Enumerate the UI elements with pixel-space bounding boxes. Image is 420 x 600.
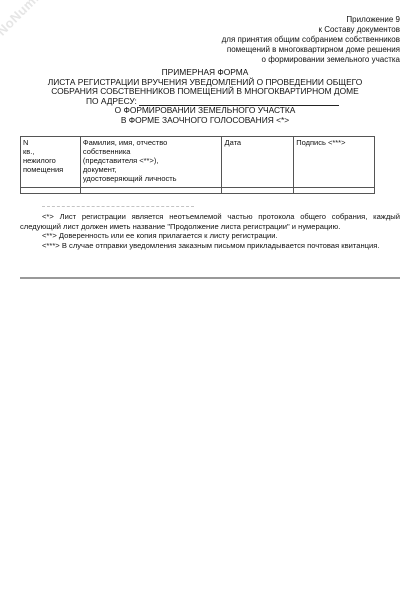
header-signature: Подпись <***>: [294, 137, 375, 188]
footnote-separator: [42, 206, 194, 207]
bottom-divider: [20, 277, 400, 279]
address-label: ПО АДРЕСУ:: [86, 96, 137, 106]
table-cell[interactable]: [80, 188, 222, 194]
header-apartment-number: N кв., нежилого помещения: [21, 137, 81, 188]
table-row: [21, 188, 375, 194]
registration-table: N кв., нежилого помещения Фамилия, имя, …: [20, 136, 375, 194]
document-title: ПРИМЕРНАЯ ФОРМА ЛИСТА РЕГИСТРАЦИИ ВРУЧЕН…: [40, 68, 370, 125]
watermark: NoNumber.ru: [0, 0, 65, 37]
table-cell[interactable]: [294, 188, 375, 194]
table-cell[interactable]: [21, 188, 81, 194]
header-date: Дата: [222, 137, 294, 188]
table-cell[interactable]: [222, 188, 294, 194]
appendix-line: помещений в многоквартирном доме решения: [222, 45, 400, 55]
appendix-reference: Приложение 9 к Составу документов для пр…: [222, 15, 400, 65]
footnote: <***> В случае отправки уведомления зака…: [20, 241, 400, 251]
appendix-line: к Составу документов: [222, 25, 400, 35]
appendix-line: для принятия общим собранием собственник…: [222, 35, 400, 45]
header-owner-name: Фамилия, имя, отчество собственника (пре…: [80, 137, 222, 188]
table-header-row: N кв., нежилого помещения Фамилия, имя, …: [21, 137, 375, 188]
appendix-line: Приложение 9: [222, 15, 400, 25]
title-line: В ФОРМЕ ЗАОЧНОГО ГОЛОСОВАНИЯ <*>: [40, 116, 370, 126]
footnote: <**> Доверенность или ее копия прилагает…: [20, 231, 400, 241]
footnote: <*> Лист регистрации является неотъемлем…: [20, 212, 400, 231]
appendix-line: о формировании земельного участка: [222, 55, 400, 65]
footnotes: <*> Лист регистрации является неотъемлем…: [20, 212, 400, 250]
